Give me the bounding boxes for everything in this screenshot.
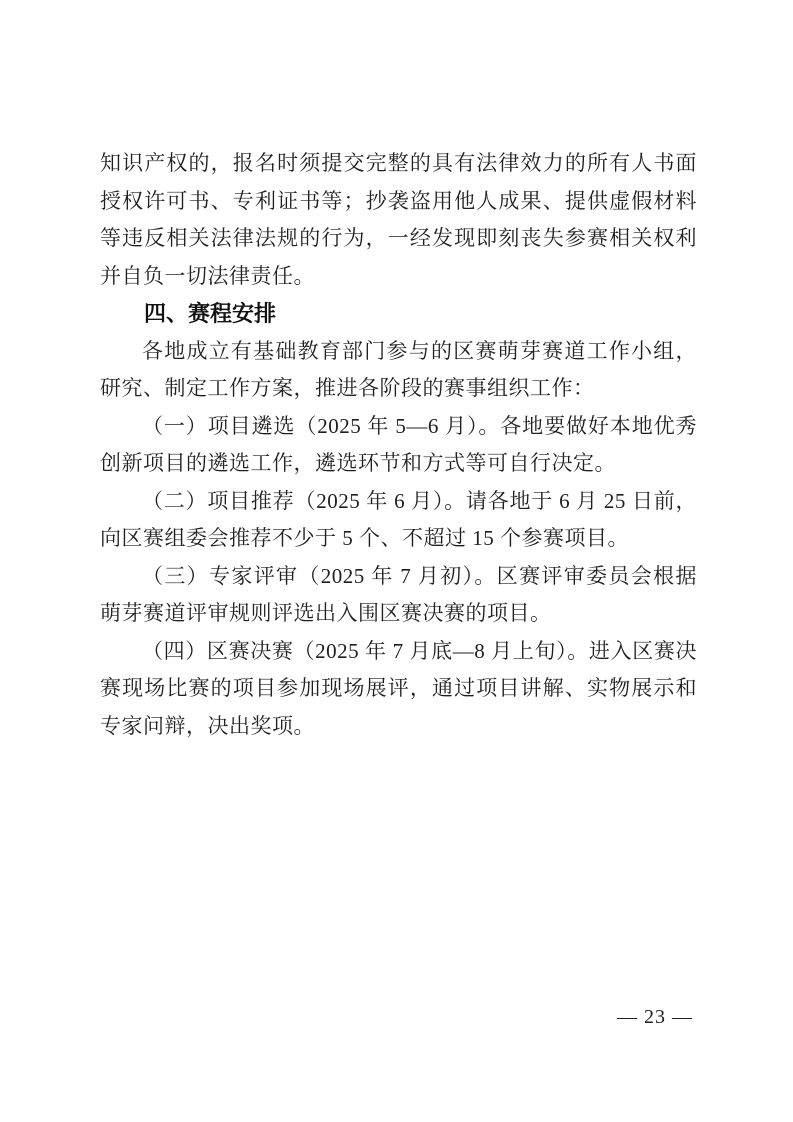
page-number: — 23 —: [617, 1006, 693, 1029]
document-body: 知识产权的，报名时须提交完整的具有法律效力的所有人书面授权许可书、专利证书等；抄…: [100, 145, 697, 745]
paragraph-stage-1-project-selection: （一）项目遴选（2025 年 5—6 月）。各地要做好本地优秀创新项目的遴选工作…: [100, 408, 697, 483]
paragraph-stage-4-district-final: （四）区赛决赛（2025 年 7 月底—8 月上旬）。进入区赛决赛现场比赛的项目…: [100, 633, 697, 746]
paragraph-working-group: 各地成立有基础教育部门参与的区赛萌芽赛道工作小组，研究、制定工作方案，推进各阶段…: [100, 333, 697, 408]
paragraph-continuation-intellectual-property: 知识产权的，报名时须提交完整的具有法律效力的所有人书面授权许可书、专利证书等；抄…: [100, 145, 697, 295]
document-page: 知识产权的，报名时须提交完整的具有法律效力的所有人书面授权许可书、专利证书等；抄…: [0, 0, 793, 1122]
section-heading-schedule: 四、赛程安排: [100, 295, 697, 333]
paragraph-stage-2-project-recommendation: （二）项目推荐（2025 年 6 月）。请各地于 6 月 25 日前，向区赛组委…: [100, 483, 697, 558]
paragraph-stage-3-expert-review: （三）专家评审（2025 年 7 月初）。区赛评审委员会根据萌芽赛道评审规则评选…: [100, 558, 697, 633]
